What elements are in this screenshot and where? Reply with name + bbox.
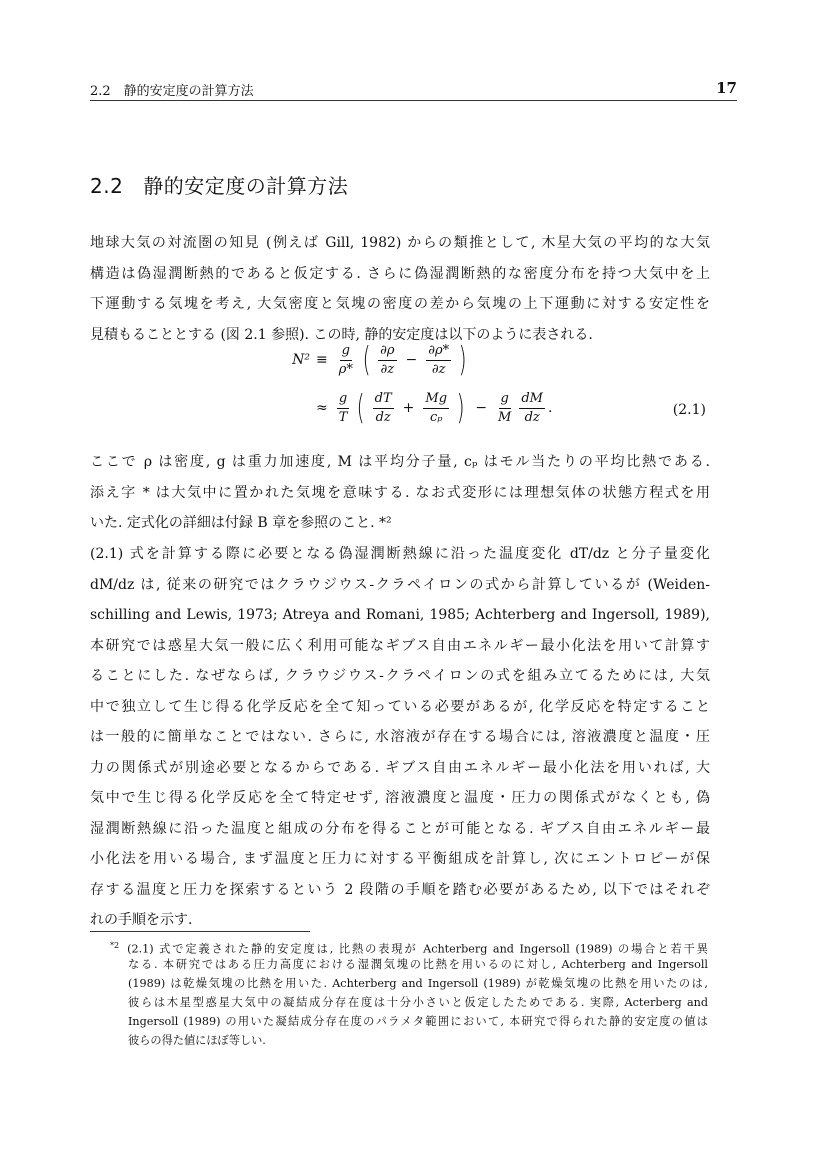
- plus-symbol: +: [403, 400, 415, 416]
- text-line: 添え字 * は大気中に置かれた気塊を意味する. なお式変形には理想気体の状態方程…: [90, 478, 710, 509]
- equation-number: (2.1): [673, 402, 706, 418]
- period: .: [548, 400, 552, 416]
- minus-symbol: −: [406, 352, 418, 368]
- fraction: ∂ρ∂z: [378, 343, 396, 378]
- footnote-line: 彼らの得た値にほぼ等しい.: [110, 1031, 708, 1050]
- footnote-line: Ingersoll (1989) の用いた凝結成分存在度のパラメタ範囲において,…: [110, 1012, 708, 1031]
- fraction: ∂ρ*∂z: [426, 343, 451, 378]
- fraction: Mgcₚ: [423, 391, 449, 426]
- text-line: schilling and Lewis, 1973; Atreya and Ro…: [90, 600, 710, 631]
- section-heading: 2.2静的安定度の計算方法: [90, 170, 348, 199]
- text-line: 構造は偽湿潤断熱的であると仮定する. さらに偽湿潤断熱的な密度分布を持つ大気中を…: [90, 259, 710, 290]
- left-paren: (: [363, 340, 371, 380]
- text-line: 本研究では惑星大気一般に広く利用可能なギブス自由エネルギー最小化法を用いて計算す: [90, 631, 710, 662]
- paragraph-method: (2.1) 式を計算する際に必要となる偽湿潤断熱線に沿った温度変化 dT/dz …: [90, 539, 710, 936]
- paragraph-definitions: ここで ρ は密度, g は重力加速度, M は平均分子量, cₚ はモル当たり…: [90, 447, 710, 539]
- footnote-line: (1989) は乾燥気塊の比熱を用いた. Achterberg and Inge…: [110, 974, 708, 993]
- footnote-mark: *2: [110, 941, 119, 950]
- fraction: gT: [337, 391, 350, 426]
- text-line: 小化法を用いる場合, まず温度と圧力に対する平衡組成を計算し, 次にエントロピー…: [90, 844, 710, 875]
- section-number: 2.2: [90, 174, 123, 198]
- document-page: 2.2 静的安定度の計算方法 17 2.2静的安定度の計算方法 地球大気の対流圏…: [0, 0, 826, 1169]
- equation-lhs: N²: [270, 352, 310, 368]
- text-line: 力の関係式が別途必要となるからである. ギブス自由エネルギー最小化法を用いれば,…: [90, 753, 710, 784]
- footnote-line: 彼らは木星型惑星大気中の凝結成分存在度は十分小さいと仮定したためである. 実際,…: [110, 993, 708, 1012]
- right-paren: ): [457, 388, 465, 428]
- text-line: ることにした. なぜならば, クラウジウス-クラペイロンの式を組み立てるためには…: [90, 661, 710, 692]
- paragraph-intro: 地球大気の対流圏の知見 (例えば Gill, 1982) からの類推として, 木…: [90, 228, 710, 350]
- approx-symbol: ≈: [316, 400, 328, 416]
- text-line: 下運動する気塊を考え, 大気密度と気塊の密度の差から気塊の上下運動に対する安定性…: [90, 289, 710, 320]
- right-paren: ): [459, 340, 467, 380]
- running-header-section: 2.2 静的安定度の計算方法: [90, 80, 254, 99]
- running-header: 2.2 静的安定度の計算方法 17: [90, 80, 737, 101]
- text-line: いた. 定式化の詳細は付録 B 章を参照のこと. *²: [90, 508, 710, 539]
- footnote-divider: [90, 931, 310, 932]
- equation-2-1: N² ≡ gρ* ( ∂ρ∂z − ∂ρ*∂z ) ≈ gT ( dTdz + …: [270, 340, 710, 440]
- minus-symbol: −: [475, 400, 487, 416]
- fraction: dMdz: [519, 391, 545, 426]
- text-line: 気中で生じ得る化学反応を全て特定せず, 溶液濃度と温度・圧力の関係式がなくとも,…: [90, 783, 710, 814]
- equiv-symbol: ≡: [316, 352, 328, 368]
- page-number: 17: [716, 79, 737, 97]
- fraction: gM: [496, 391, 513, 426]
- text-line: 湿潤断熱線に沿った温度と組成の分布を得ることが可能となる. ギブス自由エネルギー…: [90, 814, 710, 845]
- text-line: は一般的に簡単なことではない. さらに, 水溶液が存在する場合には, 溶液濃度と…: [90, 722, 710, 753]
- equation-row-2: ≈ gT ( dTdz + Mgcₚ ) − gM dMdz .: [270, 388, 552, 428]
- text-line: dM/dz は, 従来の研究ではクラウジウス-クラペイロンの式から計算しているが…: [90, 570, 710, 601]
- text-line: 存する温度と圧力を探索するという 2 段階の手順を踏む必要があるため, 以下では…: [90, 875, 710, 906]
- equation-row-1: N² ≡ gρ* ( ∂ρ∂z − ∂ρ*∂z ): [270, 340, 471, 380]
- footnote-2: *2(2.1) 式で定義された静的安定度は, 比熱の表現が Achterberg…: [110, 936, 708, 1050]
- fraction: dTdz: [373, 391, 394, 426]
- footnote-line: *2(2.1) 式で定義された静的安定度は, 比熱の表現が Achterberg…: [110, 936, 708, 955]
- text-line: 中で独立して生じ得る化学反応を全て知っている必要があるが, 化学反応を特定するこ…: [90, 692, 710, 723]
- section-title-text: 静的安定度の計算方法: [143, 174, 348, 198]
- left-paren: (: [357, 388, 365, 428]
- fraction: gρ*: [337, 343, 355, 378]
- text-line: 地球大気の対流圏の知見 (例えば Gill, 1982) からの類推として, 木…: [90, 228, 710, 259]
- text-line: ここで ρ は密度, g は重力加速度, M は平均分子量, cₚ はモル当たり…: [90, 447, 710, 478]
- footnote-line: なる. 本研究ではある圧力高度における湿潤気塊の比熱を用いるのに対し, Acht…: [110, 955, 708, 974]
- text-line: (2.1) 式を計算する際に必要となる偽湿潤断熱線に沿った温度変化 dT/dz …: [90, 539, 710, 570]
